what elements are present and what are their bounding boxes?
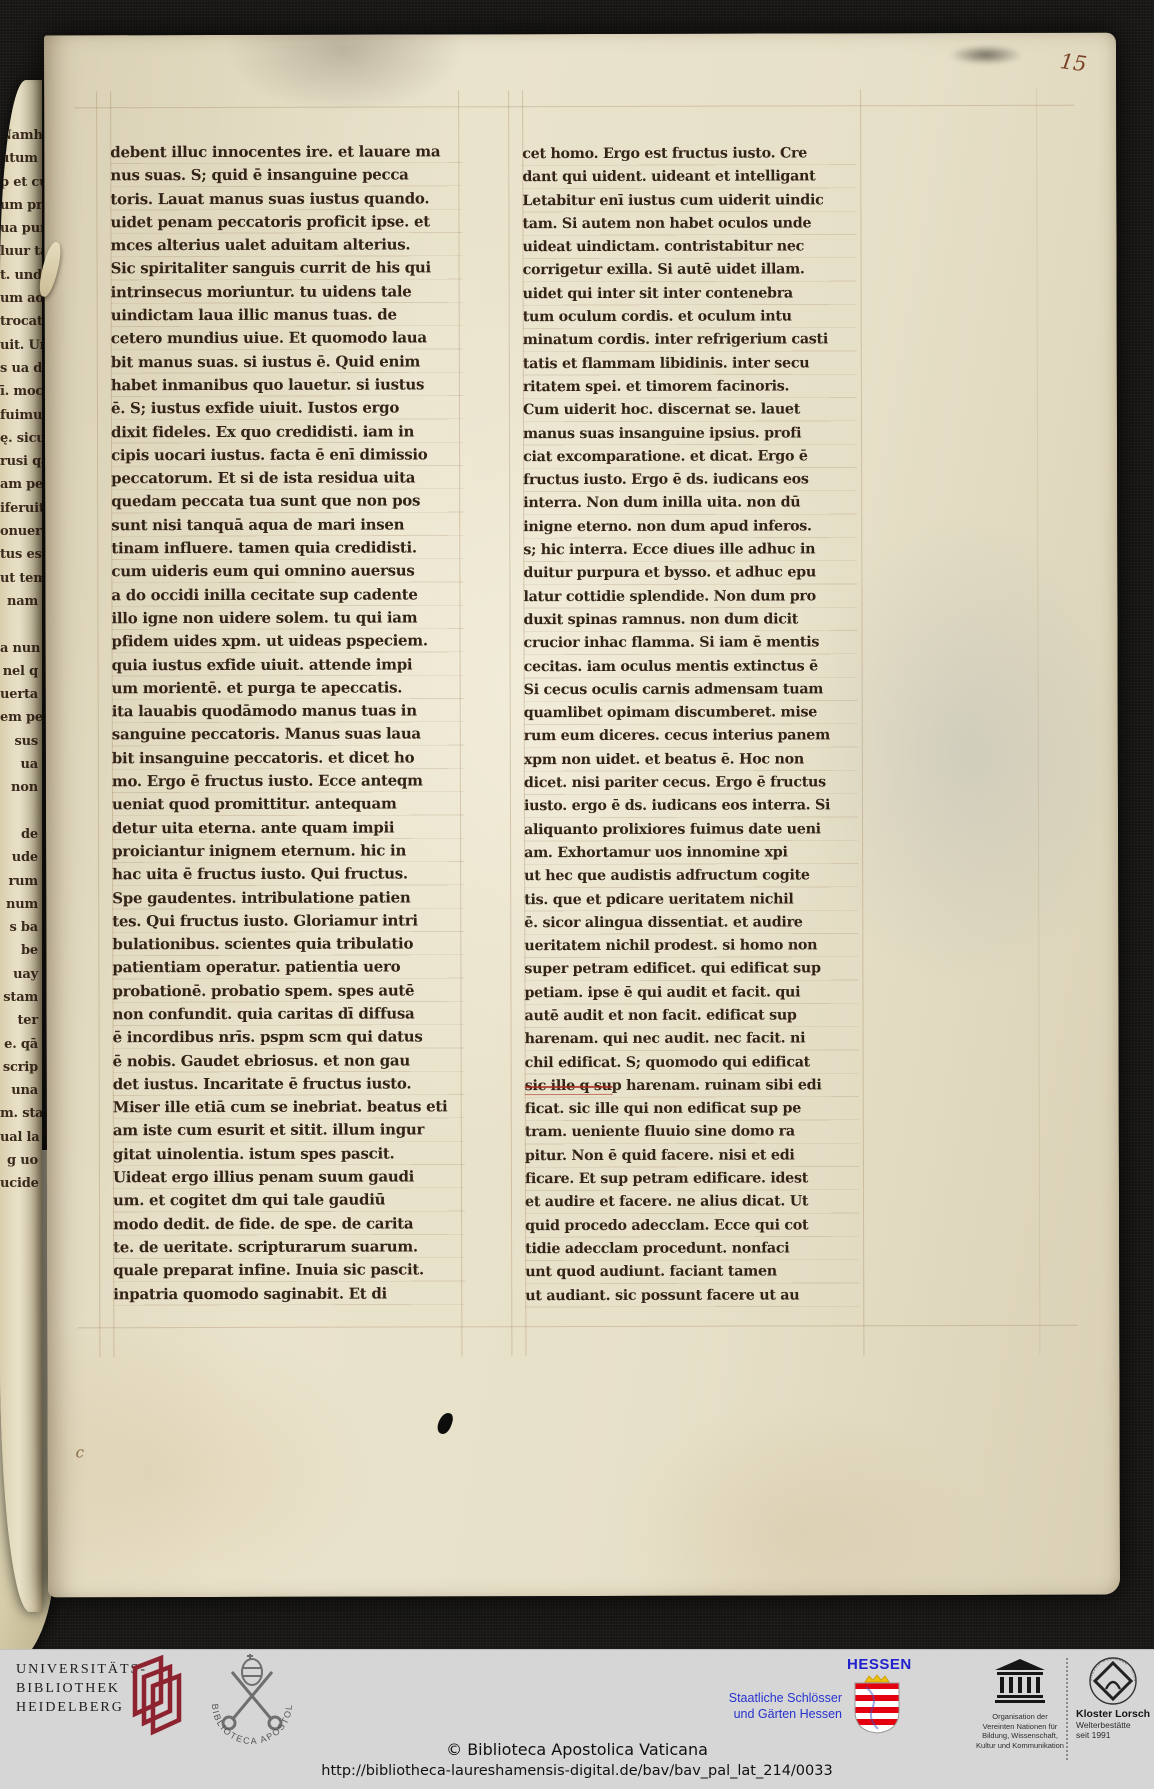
unesco-caption: Organisation der Vereinten Nationen für … xyxy=(972,1712,1068,1750)
text-line: ua punt xyxy=(0,217,42,240)
text-line: Letabitur enī iustus cum uiderit uindic xyxy=(522,189,856,213)
text-line: fructus iusto. Ergo ē ds. iudicans eos xyxy=(523,468,857,492)
text-line: quid procedo adecclam. Ecce qui cot xyxy=(525,1214,859,1238)
text-line: tram. ueniente fluuio sine domo ra xyxy=(525,1121,859,1145)
text-line: ritatem spei. et timorem facinoris. xyxy=(523,375,857,399)
text-line: ē. sicor alingua dissentiat. et audire xyxy=(524,911,858,935)
text-line: em pe xyxy=(0,706,42,729)
text-line: sanguine peccatoris. Manus suas laua xyxy=(112,723,464,747)
text-line: hac uita ē fructus iusto. Qui fructus. xyxy=(112,863,464,887)
text-line: chil edificat. S; quomodo qui edificat xyxy=(525,1051,859,1075)
text-line xyxy=(0,800,42,823)
text-line: ut hec que audistis adfructum cogite xyxy=(524,864,858,888)
text-line: te. de ueritate. scripturarum suarum. xyxy=(113,1235,465,1259)
digitized-manuscript-screenshot: Namhcutum cūp et cumum prurua puntluur t… xyxy=(0,0,1154,1789)
text-line: um prur xyxy=(0,194,42,217)
text-line: proiciantur inignem eternum. hic in xyxy=(112,839,464,863)
ink-smudge-top xyxy=(949,45,1023,65)
text-line: ut tem xyxy=(0,567,42,590)
text-line: ciat excomparatione. et dicat. Ergo ē xyxy=(523,445,857,469)
text-line: quale preparat infine. Inuia sic pascit. xyxy=(113,1259,465,1283)
text-line: patientiam operatur. patientia uero xyxy=(112,956,464,980)
hessen-shield-icon xyxy=(852,1673,902,1735)
text-line: nam xyxy=(0,590,42,613)
text-line: rum xyxy=(0,870,42,893)
text-line: s ua dī xyxy=(0,357,42,380)
text-line: tam. Si autem non habet oculos unde xyxy=(522,212,856,236)
text-line: quedam peccata tua sunt que non pos xyxy=(111,490,463,514)
footer-bar: UNIVERSITÄTS- BIBLIOTHEK HEIDELBERG xyxy=(0,1649,1154,1789)
text-line: luur tan xyxy=(0,240,42,263)
text-line: dixit fideles. Ex quo credidisti. iam in xyxy=(111,420,463,444)
unesco-temple-icon xyxy=(992,1658,1048,1704)
ruling-line xyxy=(1036,89,1040,1355)
text-line: pfidem uides xpm. ut uideas pspeciem. xyxy=(112,630,464,654)
text-line: det iustus. Incaritate ē fructus iusto. xyxy=(113,1072,465,1096)
text-line: ē incordibus nrīs. pspm scm qui datus xyxy=(113,1026,465,1050)
text-line: uit. Un xyxy=(0,334,42,357)
source-url: http://bibliotheca-laureshamensis-digita… xyxy=(321,1763,832,1779)
text-line: mces alterius ualet aduitam alterius. xyxy=(110,233,462,257)
text-line: s; hic interra. Ecce diues ille adhuc in xyxy=(523,538,857,562)
text-line: uindictam laua illic manus tuas. de xyxy=(111,303,463,327)
vatican-seal-text: BIBLIOTECA APOSTOLICA VATICANA xyxy=(200,1650,294,1746)
text-line: toris. Lauat manus suas iustus quando. xyxy=(110,187,462,211)
text-line: uideat uindictam. contristabitur nec xyxy=(522,235,856,259)
unesco-caption-line: Kultur und Kommunikation xyxy=(972,1741,1068,1751)
text-line: autē audit et non facit. edificat sup xyxy=(524,1004,858,1028)
text-line: dicet. nisi pariter cecus. Ergo ē fructu… xyxy=(524,771,858,795)
text-line: rusi qā xyxy=(0,450,42,473)
text-line: unt quod audiunt. faciant tamen xyxy=(525,1261,859,1285)
text-line: iferuit xyxy=(0,497,42,520)
text-line: sunt nisi tanquā aqua de mari insen xyxy=(111,513,463,537)
text-line: minatum cordis. inter refrigerium casti xyxy=(523,329,857,353)
kloster-lorsch-name: Kloster Lorsch xyxy=(1074,1708,1152,1720)
text-line: mo. Ergo ē fructus iusto. Ecce anteqm xyxy=(112,769,464,793)
text-line: a do occidi inilla cecitate sup cadente xyxy=(111,583,463,607)
text-line: tum oculum cordis. et oculum intu xyxy=(523,305,857,329)
hessen-label: HESSEN xyxy=(847,1656,907,1673)
hessen-coat-of-arms: HESSEN xyxy=(847,1656,907,1740)
dotted-separator xyxy=(1066,1658,1068,1760)
vatican-library-seal-icon: BIBLIOTECA APOSTOLICA VATICANA xyxy=(200,1650,304,1759)
ruling-line xyxy=(74,105,1074,109)
text-line: intrinsecus moriuntur. tu uidens tale xyxy=(111,280,463,304)
text-line: tus es. xyxy=(0,543,42,566)
text-line: ueniat quod promittitur. antequam xyxy=(112,793,464,817)
text-line: aliquanto prolixiores fuimus date ueni xyxy=(524,818,858,842)
text-line: Sic spiritaliter sanguis currit de his q… xyxy=(111,257,463,281)
text-line: duitur purpura et bysso. et adhuc epu xyxy=(523,562,857,586)
text-line: Namhc xyxy=(0,124,42,147)
text-line: uay xyxy=(0,963,42,986)
kloster-lorsch-emblem-icon: UNESCO-WELTERBE · KLOSTER LORSCH · xyxy=(1086,1654,1140,1708)
text-line: s ba xyxy=(0,916,42,939)
text-line: t. undic xyxy=(0,264,42,287)
text-line: ua xyxy=(0,753,42,776)
text-line: Cum uiderit hoc. discernat se. lauet xyxy=(523,399,857,423)
text-line: non xyxy=(0,776,42,799)
text-line: ucide xyxy=(0,1172,42,1195)
text-line: bulationibus. scientes quia tribulatio xyxy=(112,932,464,956)
unesco-caption-line: Vereinten Nationen für xyxy=(972,1722,1068,1732)
text-line: bit insanguine peccatoris. et dicet ho xyxy=(112,746,464,770)
text-line: um addi xyxy=(0,287,42,310)
ink-blot xyxy=(436,1411,455,1436)
text-line: ficare. Et sup petram edificare. idest xyxy=(525,1167,859,1191)
text-line: iusto. ergo ē ds. iudicans eos interra. … xyxy=(524,795,858,819)
text-line: modo dedit. de fide. de spe. de carita xyxy=(113,1212,465,1236)
text-line: p et cum xyxy=(0,171,42,194)
text-line: stam xyxy=(0,986,42,1009)
text-line: habet inmanibus quo lauetur. si iustus xyxy=(111,373,463,397)
text-line: cetero mundius uiue. Et quomodo laua xyxy=(111,327,463,351)
ruling-line xyxy=(860,89,864,1355)
text-line: de xyxy=(0,823,42,846)
text-line: ude xyxy=(0,846,42,869)
text-line: m. sta xyxy=(0,1102,42,1125)
red-strikethrough-mark xyxy=(525,1086,613,1095)
text-line: e. qā xyxy=(0,1033,42,1056)
text-line: um. et cogitet dm qui tale gaudiū xyxy=(113,1189,465,1213)
text-line: ī. mocta xyxy=(0,380,42,403)
folio-number: 15 xyxy=(1059,49,1089,76)
text-line: trocatur xyxy=(0,310,42,333)
text-line: nel q xyxy=(0,660,42,683)
text-line: tes. Qui fructus iusto. Gloriamur intri xyxy=(112,909,464,933)
text-line: scrip xyxy=(0,1056,42,1079)
text-line: detur uita eterna. ante quam impii xyxy=(112,816,464,840)
text-line: num xyxy=(0,893,42,916)
text-line: Si cecus oculis carnis admensam tuam xyxy=(524,678,858,702)
text-line: Uideat ergo illius penam suum gaudi xyxy=(113,1165,465,1189)
text-line: harenam. qui nec audit. nec facit. ni xyxy=(525,1028,859,1052)
text-line: rum eum diceres. cecus interius panem xyxy=(524,725,858,749)
ruling-line xyxy=(96,91,100,1357)
unesco-caption-line: Organisation der xyxy=(972,1712,1068,1722)
text-line: ē nobis. Gaudet ebriosus. et non gau xyxy=(113,1049,465,1073)
copyright-line: © Biblioteca Apostolica Vaticana xyxy=(446,1740,708,1759)
text-line xyxy=(0,613,42,636)
text-line: latur cottidie splendide. Non dum pro xyxy=(523,585,857,609)
text-line: cipis uocari iustus. facta ē enī dimissi… xyxy=(111,443,463,467)
marginal-mark: c xyxy=(76,1443,84,1461)
text-line: ita lauabis quodāmodo manus tuas in xyxy=(112,699,464,723)
ruling-line xyxy=(508,90,512,1356)
right-text-column: cet homo. Ergo est fructus iusto. Credan… xyxy=(522,142,859,1313)
text-line: xpm non uidet. et beatus ē. Hoc non xyxy=(524,748,858,772)
text-line: fuimus xyxy=(0,404,42,427)
text-line: pitur. Non ē quid facere. nisi et edi xyxy=(525,1144,859,1168)
text-line: uerta xyxy=(0,683,42,706)
hessen-caption-line: und Gärten Hessen xyxy=(668,1706,842,1722)
text-line: tis. que et pdicare ueritatem nichil xyxy=(524,888,858,912)
text-line: manus suas insanguine ipsius. profi xyxy=(523,422,857,446)
hessen-caption-line: Staatliche Schlösser xyxy=(668,1690,842,1706)
text-line: ę. sicut xyxy=(0,427,42,450)
ruling-line xyxy=(77,1325,1077,1329)
parchment-page: 15 debent illuc innocentes ire. et lauar… xyxy=(44,33,1120,1598)
text-line: inigne eterno. non dum apud inferos. xyxy=(523,515,857,539)
text-line: nus suas. S; quid ē insanguine pecca xyxy=(110,164,462,188)
text-line: onuer xyxy=(0,520,42,543)
text-line: dant qui uident. uideant et intelligant xyxy=(522,166,856,190)
left-text-column: debent illuc innocentes ire. et lauare m… xyxy=(110,140,465,1311)
facing-page-edge: Namhcutum cūp et cumum prurua puntluur t… xyxy=(0,80,42,1612)
unesco-caption-line: Bildung, Wissenschaft, xyxy=(972,1731,1068,1741)
text-line: cet homo. Ergo est fructus iusto. Cre xyxy=(522,142,856,166)
text-line: duxit spinas ramnus. non dum dicit xyxy=(523,608,857,632)
text-line: tinam influere. tamen quia credidisti. xyxy=(111,536,463,560)
text-line: ueritatem nichil prodest. si homo non xyxy=(524,934,858,958)
heidelberg-book-logo-icon xyxy=(127,1652,193,1753)
facing-page-line-endings: Namhcutum cūp et cumum prurua puntluur t… xyxy=(0,124,42,1196)
text-line: tatis et flammam libidinis. inter secu xyxy=(523,352,857,376)
text-line: non confundit. quia caritas dī diffusa xyxy=(112,1002,464,1026)
text-line: crucior inhac flamma. Si iam ē mentis xyxy=(524,632,858,656)
text-line: una xyxy=(0,1079,42,1102)
text-line: a nun xyxy=(0,637,42,660)
text-line: gitat uinolentia. istum spes pascit. xyxy=(113,1142,465,1166)
text-line: ē. S; iustus exfide uiuit. Iustos ergo xyxy=(111,397,463,421)
text-line: quamlibet opimam discumberet. mise xyxy=(524,701,858,725)
text-line: bit manus suas. si iustus ē. Quid enim xyxy=(111,350,463,374)
text-line: am iste cum esurit et sitit. illum ingur xyxy=(113,1119,465,1143)
text-line: um morientē. et purga te apeccatis. xyxy=(112,676,464,700)
text-line: ual la xyxy=(0,1126,42,1149)
text-line: petiam. ipse ē qui audit et facit. qui xyxy=(524,981,858,1005)
text-line: ficat. sic ille qui non edificat sup pe xyxy=(525,1097,859,1121)
text-line: probationē. probatio spem. spes autē xyxy=(112,979,464,1003)
text-line: corrigetur exilla. Si autē uidet illam. xyxy=(523,259,857,283)
text-line: cecitas. iam oculus mentis extinctus ē xyxy=(524,655,858,679)
hessen-caption: Staatliche Schlösser und Gärten Hessen xyxy=(668,1690,842,1722)
text-line: g uo xyxy=(0,1149,42,1172)
text-line: am pe xyxy=(0,473,42,496)
text-line: be xyxy=(0,939,42,962)
text-line: cum uideris eum qui omnino auersus xyxy=(111,560,463,584)
unesco-block: Organisation der Vereinten Nationen für … xyxy=(972,1658,1068,1750)
text-line: uidet qui inter sit inter contenebra xyxy=(523,282,857,306)
text-line: uidet penam peccatoris proficit ipse. et xyxy=(110,210,462,234)
kloster-lorsch-year: seit 1991 xyxy=(1074,1730,1152,1740)
text-line: quia iustus exfide uiuit. attende impi xyxy=(112,653,464,677)
text-line: debent illuc innocentes ire. et lauare m… xyxy=(110,140,462,164)
text-line: ut audiant. sic possunt facere ut au xyxy=(525,1284,859,1308)
text-line: tidie adecclam procedunt. nonfaci xyxy=(525,1237,859,1261)
text-line: interra. Non dum inilla uita. non dū xyxy=(523,492,857,516)
text-line: sus xyxy=(0,730,42,753)
text-line: utum cū xyxy=(0,147,42,170)
text-line: inpatria quomodo saginabit. Et di xyxy=(113,1282,465,1306)
svg-text:BIBLIOTECA APOSTOLICA VATICA: BIBLIOTECA APOSTOLICA VATICANA xyxy=(200,1650,294,1746)
text-line: peccatorum. Et si de ista residua uita xyxy=(111,466,463,490)
kloster-lorsch-block: UNESCO-WELTERBE · KLOSTER LORSCH · Klost… xyxy=(1074,1654,1152,1740)
text-line: ter xyxy=(0,1009,42,1032)
text-line: Miser ille etiā cum se inebriat. beatus … xyxy=(113,1095,465,1119)
text-line: am. Exhortamur uos innomine xpi xyxy=(524,841,858,865)
kloster-lorsch-subtitle: Welterbestätte xyxy=(1074,1720,1152,1730)
text-line: et audire et facere. ne alius dicat. Ut xyxy=(525,1191,859,1215)
text-line: Spe gaudentes. intribulatione patien xyxy=(112,886,464,910)
text-line: illo igne non uidere solem. tu qui iam xyxy=(111,606,463,630)
text-line: super petram edificet. qui edificat sup xyxy=(524,958,858,982)
